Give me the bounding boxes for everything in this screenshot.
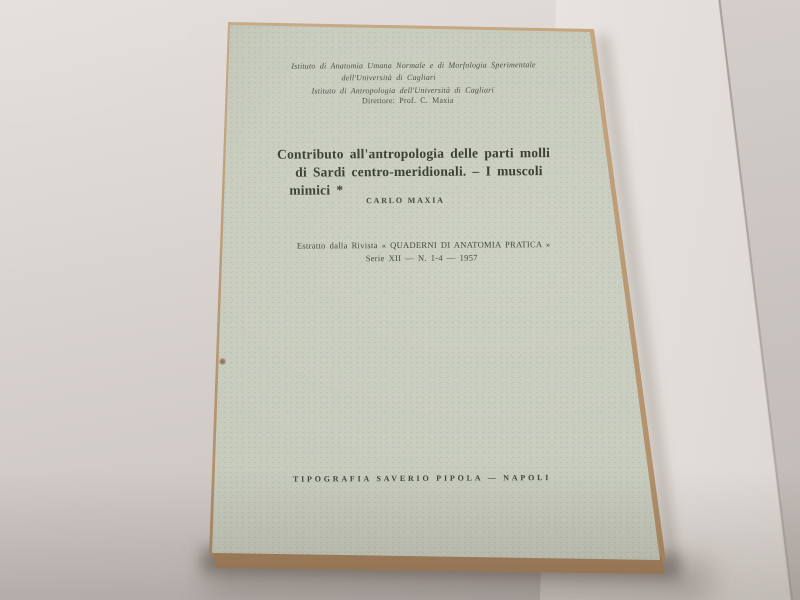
institute-line-2: dell'Università di Cagliari xyxy=(239,72,539,83)
title-line-1: Contributo all'antropologia delle parti … xyxy=(277,145,550,163)
photo-of-booklet: Istituto di Anatomia Umana Normale e di … xyxy=(0,0,800,600)
cover-text: Istituto di Anatomia Umana Normale e di … xyxy=(0,0,800,600)
printer-imprint-line: TIPOGRAFIA SAVERIO PIPOLA — NAPOLI xyxy=(272,473,572,484)
institute-line-3: Istituto di Antropologia dell'Università… xyxy=(253,85,553,96)
title-line-2: di Sardi centro-meridionali. – I muscoli xyxy=(295,163,543,181)
journal-series-line: Serie XII — N. 1-4 — 1957 xyxy=(272,252,572,264)
journal-extract-line: Estratto dalla Rivista « QUADERNI DI ANA… xyxy=(274,239,574,251)
institute-line-1: Istituto di Anatomia Umana Normale e di … xyxy=(261,60,567,71)
author-name: CARLO MAXIA xyxy=(255,195,555,206)
institute-director-line: Direttore: Prof. C. Maxia xyxy=(258,95,558,106)
